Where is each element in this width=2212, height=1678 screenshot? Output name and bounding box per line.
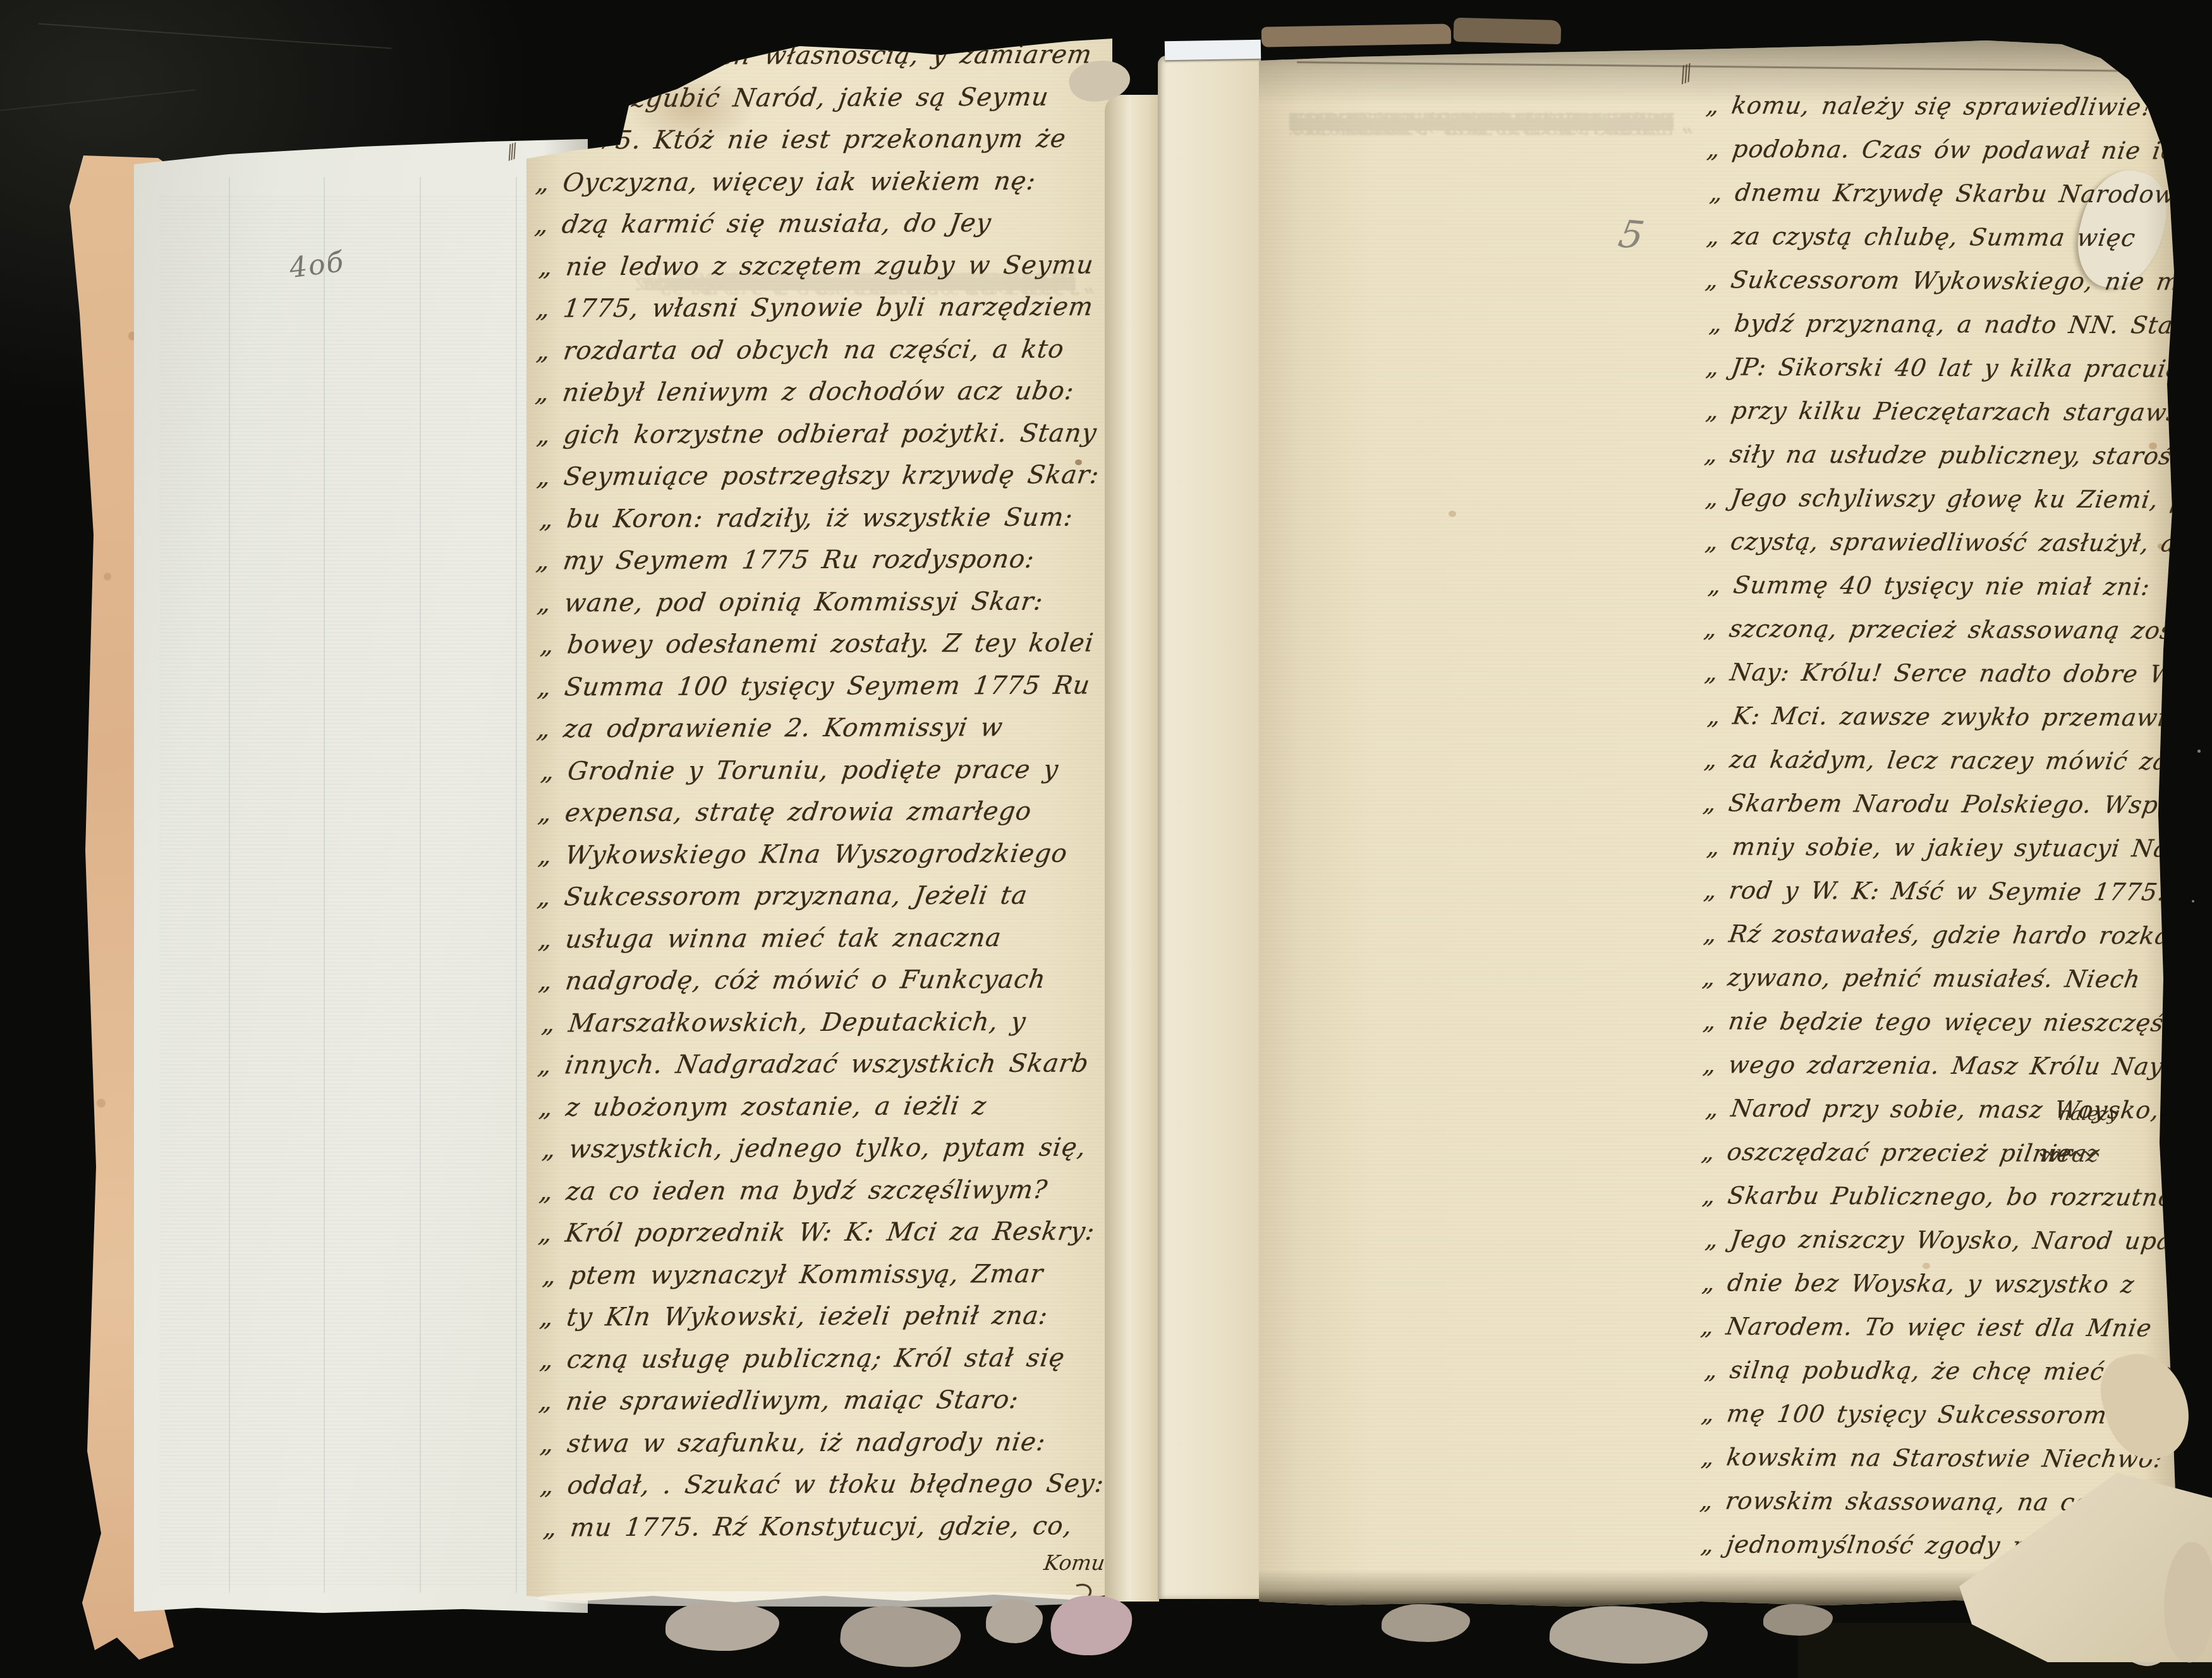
manuscript-line: „ 1775. Któż nie iest przekonanym że	[536, 118, 1110, 162]
manuscript-line: „ bowey odesłanemi zostały. Z tey kolei	[538, 622, 1110, 666]
manuscript-line: „ Jego schyliwszy głowę ku Ziemi, przez	[1703, 476, 2180, 521]
manuscript-line: „ Grodnie y Toruniu, podięte prace y	[538, 748, 1110, 793]
torn-fragment	[1382, 1604, 1470, 1642]
manuscript-line: „ nie ledwo z szczętem zguby w Seymu	[537, 244, 1110, 288]
manuscript-line: „ Skarbu Publicznego, bo rozrzutność	[1699, 1174, 2180, 1219]
pencil-foliation-left: 4об	[288, 248, 346, 283]
chain-line	[420, 177, 421, 1593]
worn-top-edge	[1454, 18, 1562, 44]
manuscript-line: „ za odprawienie 2. Kommissyi w	[534, 706, 1110, 750]
left-page-text-block: „ tylko, których własnością, y zamiarem„…	[533, 33, 1110, 1565]
manuscript-line: „ Nay: Królu! Serce nadto dobre W:	[1702, 650, 2180, 696]
manuscript-line: „ ty Kln Wykowski, ieżeli pełnił zna:	[537, 1294, 1110, 1339]
manuscript-line: „ Rź zostawałeś, gdzie hardo rozka:	[1701, 912, 2180, 958]
torn-fragment	[665, 1602, 779, 1651]
dust-speck	[2197, 750, 2201, 753]
foxing-spot	[1449, 511, 1456, 517]
manuscript-line: „ wszystkich, jednego tylko, pytam się,	[540, 1126, 1110, 1170]
manuscript-line: „ siły na usłudze publiczney, starość	[1702, 432, 2180, 478]
manuscript-line: „ kowskim na Starostwie Niechwo:	[1699, 1435, 2180, 1481]
left-manuscript-page: „ komu, należy się sprawiedliwie? nie:„ …	[526, 35, 1112, 1615]
manuscript-line: „ oddał, . Szukać w tłoku błędnego Sey:	[538, 1462, 1110, 1507]
manuscript-line: „ usługa winna mieć tak znaczna	[536, 916, 1110, 961]
manuscript-line: „ nie będzie tego więcey nieszczęśli:	[1701, 999, 2180, 1045]
struck-out-word: wraz	[2038, 1141, 2101, 1165]
manuscript-line: „ zywano, pełnić musiałeś. Niech	[1699, 956, 2180, 1001]
paper-slip	[1165, 40, 1261, 61]
manuscript-line: „ niebył leniwym z dochodów acz ubo:	[533, 370, 1110, 414]
leaf-edge-fold	[1158, 56, 1261, 1599]
right-manuscript-page: „ tylko, których własnością, y zamiarem„…	[1259, 30, 2182, 1614]
manuscript-line: „ podobna. Czas ów podawał nie ie:	[1705, 127, 2180, 173]
manuscript-line: „ było zgubić Naród, jakie są Seymu	[533, 76, 1110, 120]
manuscript-line: „ oszczędzać przecież pilnie	[1699, 1130, 2180, 1176]
torn-fragment	[839, 1602, 963, 1670]
manuscript-book-scan: 4об „ komu, należy się sprawiedliwie? ni…	[0, 0, 2212, 1678]
manuscript-line: „ komu, należy się sprawiedliwie? nie:	[1703, 83, 2180, 129]
torn-fragment	[986, 1599, 1043, 1643]
manuscript-line: „ Narodem. To więc iest dla Mnie	[1698, 1304, 2180, 1350]
manuscript-line: „ dnie bez Woyska, y wszystko z	[1699, 1261, 2180, 1306]
manuscript-line: „ czną usługę publiczną; Król stał się	[537, 1337, 1110, 1381]
manuscript-line: „ mniy sobie, w jakiey sytuacyi Na:	[1705, 825, 2180, 870]
chain-line	[324, 177, 325, 1593]
leaf-edge-fold	[1105, 95, 1159, 1602]
blank-verso-page	[134, 139, 588, 1613]
manuscript-line: „ Król poprzednik W: K: Mci za Reskry:	[536, 1210, 1110, 1255]
manuscript-line: „ dnemu Krzywdę Skarbu Narodowego	[1707, 171, 2180, 216]
manuscript-line: „ bydź przyznaną, a nadto NN. Stany	[1706, 301, 2180, 347]
manuscript-line: „ tylko, których własnością, y zamiarem	[533, 33, 1110, 78]
manuscript-line: „ 1775, własni Synowie byli narzędziem	[533, 286, 1110, 330]
manuscript-line: „ nie sprawiedliwym, maiąc Staro:	[536, 1378, 1110, 1423]
manuscript-line: „ Jego zniszczy Woysko, Narod upa:	[1703, 1217, 2180, 1263]
manuscript-line: „ Summa 100 tysięcy Seymem 1775 Ru	[535, 664, 1110, 708]
chain-line	[229, 177, 230, 1593]
manuscript-line: „ bu Koron: radziły, iż wszystkie Sum:	[538, 496, 1110, 540]
manuscript-line: „ Marszałkowskich, Deputackich, y	[539, 1000, 1110, 1045]
manuscript-line: „ wane, pod opinią Kommissyi Skar:	[535, 580, 1110, 624]
manuscript-line: „ mu 1775. Rź Konstytucyi, gdzie, co,	[541, 1505, 1110, 1549]
manuscript-line: „ za co ieden ma bydź szczęśliwym?	[537, 1169, 1110, 1213]
manuscript-line: „ gich korzystne odbierał pożytki. Stany	[534, 412, 1110, 456]
worn-top-edge	[1261, 23, 1452, 47]
manuscript-line: „ Wykowskiego Klna Wyszogrodzkiego	[535, 832, 1110, 877]
chain-line	[516, 177, 517, 1593]
manuscript-line: „ Seymuiące postrzegłszy krzywdę Skar:	[534, 454, 1110, 498]
manuscript-line: „ dzą karmić się musiała, do Jey	[533, 202, 1110, 246]
inserted-correction: należy	[2058, 1105, 2120, 1123]
manuscript-line: „ Skarbem Narodu Polskiego. Wspo:	[1700, 781, 2180, 827]
catchword-left: Komu	[1042, 1550, 1107, 1575]
dust-speck	[2192, 900, 2194, 903]
manuscript-line: „ JP: Sikorski 40 lat y kilka pracuiąc	[1703, 345, 2180, 391]
paper-texture	[159, 196, 576, 1586]
manuscript-line: „ Sukcessorom przyznana, Jeżeli ta	[535, 874, 1110, 918]
manuscript-line: „ nadgrodę, cóż mówić o Funkcyach	[536, 958, 1110, 1002]
torn-fragment	[1549, 1604, 1709, 1667]
manuscript-line: „ przy kilku Pieczętarzach stargawszy	[1703, 389, 2180, 434]
manuscript-line: „ Oyczyzna, więcey iak wiekiem nę:	[533, 160, 1110, 204]
manuscript-line: „ za czystą chlubę, Summa więc	[1704, 214, 2180, 260]
manuscript-line: „ wego zdarzenia. Masz Królu Nay:	[1700, 1043, 2180, 1088]
manuscript-line: „ ptem wyznaczył Kommissyą, Zmar	[540, 1253, 1110, 1297]
manuscript-line: „ my Seymem 1775 Ru rozdyspono:	[533, 538, 1110, 582]
manuscript-line: „ szczoną, przecież skassowaną została.	[1701, 607, 2180, 652]
manuscript-line: „ expensa, stratę zdrowia zmarłego	[535, 790, 1110, 834]
manuscript-line: „ czystą, sprawiedliwość zasłużył, aby	[1703, 520, 2180, 565]
manuscript-line: „ za każdym, lecz raczey mówić za	[1701, 738, 2180, 783]
manuscript-line: „ innych. Nadgradzać wszystkich Skarb	[535, 1042, 1110, 1086]
manuscript-line: „ rozdarta od obcych na części, a kto	[534, 328, 1110, 372]
manuscript-line: „ Sukcessorom Wykowskiego, nie może	[1703, 258, 2180, 303]
manuscript-line: „ Summę 40 tysięcy nie miał zni:	[1706, 563, 2180, 609]
manuscript-line: „ stwa w szafunku, iż nadgrody nie:	[538, 1421, 1110, 1465]
manuscript-line: „ K: Mci. zawsze zwykło przemawiać	[1705, 694, 2180, 739]
manuscript-line: „ rod y W. K: Mść w Seymie 1775.	[1701, 868, 2180, 914]
manuscript-line: „ z ubożonym zostanie, a ieżli z	[537, 1085, 1110, 1129]
